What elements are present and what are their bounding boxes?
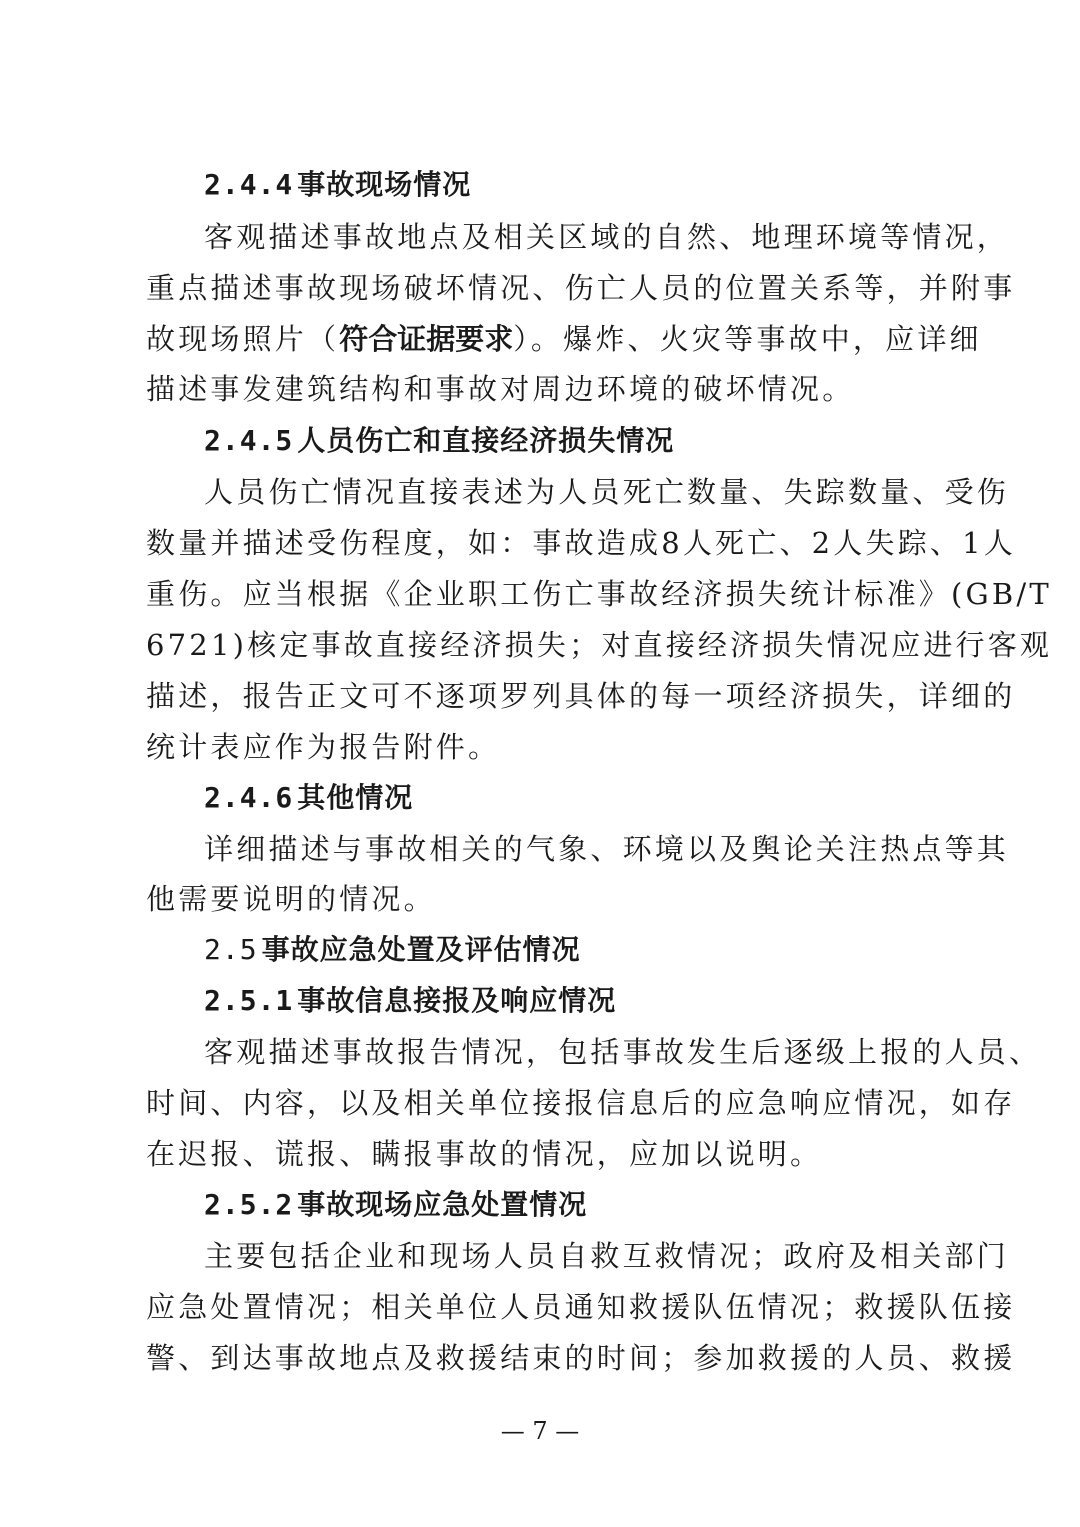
paragraph-line: 详细描述与事故相关的气象、环境以及舆论关注热点等其 [204,829,1004,869]
paragraph-line: 6721)核定事故直接经济损失；对直接经济损失情况应进行客观 [146,625,946,665]
paragraph-line: 客观描述事故报告情况，包括事故发生后逐级上报的人员、 [204,1032,1004,1072]
heading-text: 事故现场情况 [297,168,471,201]
paragraph-line: 主要包括企业和现场人员自救互救情况；政府及相关部门 [204,1236,1004,1276]
heading-number: 2.5.1 [204,984,293,1017]
paragraph-line: 应急处置情况；相关单位人员通知救援队伍情况；救援队伍接 [146,1287,946,1327]
section-heading-2-5-2: 2.5.2事故现场应急处置情况 [204,1185,1004,1225]
section-heading-2-4-5: 2.4.5人员伤亡和直接经济损失情况 [204,421,1004,461]
paragraph-line: 重伤。应当根据《企业职工伤亡事故经济损失统计标准》(GB/T [146,574,946,614]
section-heading-2-4-4: 2.4.4事故现场情况 [204,165,1004,205]
paragraph-line: 客观描述事故地点及相关区域的自然、地理环境等情况， [204,217,1004,257]
section-heading-2-4-6: 2.4.6其他情况 [204,778,1004,818]
heading-text: 其他情况 [297,781,413,814]
heading-text: 事故应急处置及评估情况 [262,933,581,966]
section-heading-2-5-1: 2.5.1事故信息接报及响应情况 [204,981,1004,1021]
heading-text: 事故信息接报及响应情况 [297,984,616,1017]
paragraph-line: 故现场照片（符合证据要求）。爆炸、火灾等事故中，应详细 [146,319,946,359]
heading-number: 2.5.2 [204,1188,293,1221]
heading-number: 2.4.6 [204,781,293,814]
page-number: — 7 — [0,1415,1080,1447]
paragraph-line: 统计表应作为报告附件。 [146,727,946,767]
heading-number: 2.4.5 [204,424,293,457]
document-page: 2.4.4事故现场情况 客观描述事故地点及相关区域的自然、地理环境等情况， 重点… [0,0,1080,1527]
paragraph-line: 数量并描述受伤程度，如：事故造成8人死亡、2人失踪、1人 [146,523,946,563]
section-heading-2-5: 2.5事故应急处置及评估情况 [204,930,1004,970]
paragraph-line: 重点描述事故现场破坏情况、伤亡人员的位置关系等，并附事 [146,268,946,308]
paragraph-line: 描述，报告正文可不逐项罗列具体的每一项经济损失，详细的 [146,676,946,716]
heading-text: 人员伤亡和直接经济损失情况 [297,424,674,457]
paragraph-line: 描述事发建筑结构和事故对周边环境的破坏情况。 [146,369,946,409]
text-segment: 故现场照片（ [146,322,339,356]
paragraph-line: 时间、内容，以及相关单位接报信息后的应急响应情况，如存 [146,1083,946,1123]
paragraph-line: 在迟报、谎报、瞒报事故的情况，应加以说明。 [146,1134,946,1174]
heading-number: 2.5 [204,933,258,966]
heading-text: 事故现场应急处置情况 [297,1188,587,1221]
text-segment: ）。爆炸、火灾等事故中，应详细 [513,322,982,356]
emphasized-text: 符合证据要求 [339,322,513,356]
heading-number: 2.4.4 [204,168,293,201]
paragraph-line: 他需要说明的情况。 [146,879,946,919]
paragraph-line: 警、到达事故地点及救援结束的时间；参加救援的人员、救援 [146,1338,946,1378]
paragraph-line: 人员伤亡情况直接表述为人员死亡数量、失踪数量、受伤 [204,472,1004,512]
